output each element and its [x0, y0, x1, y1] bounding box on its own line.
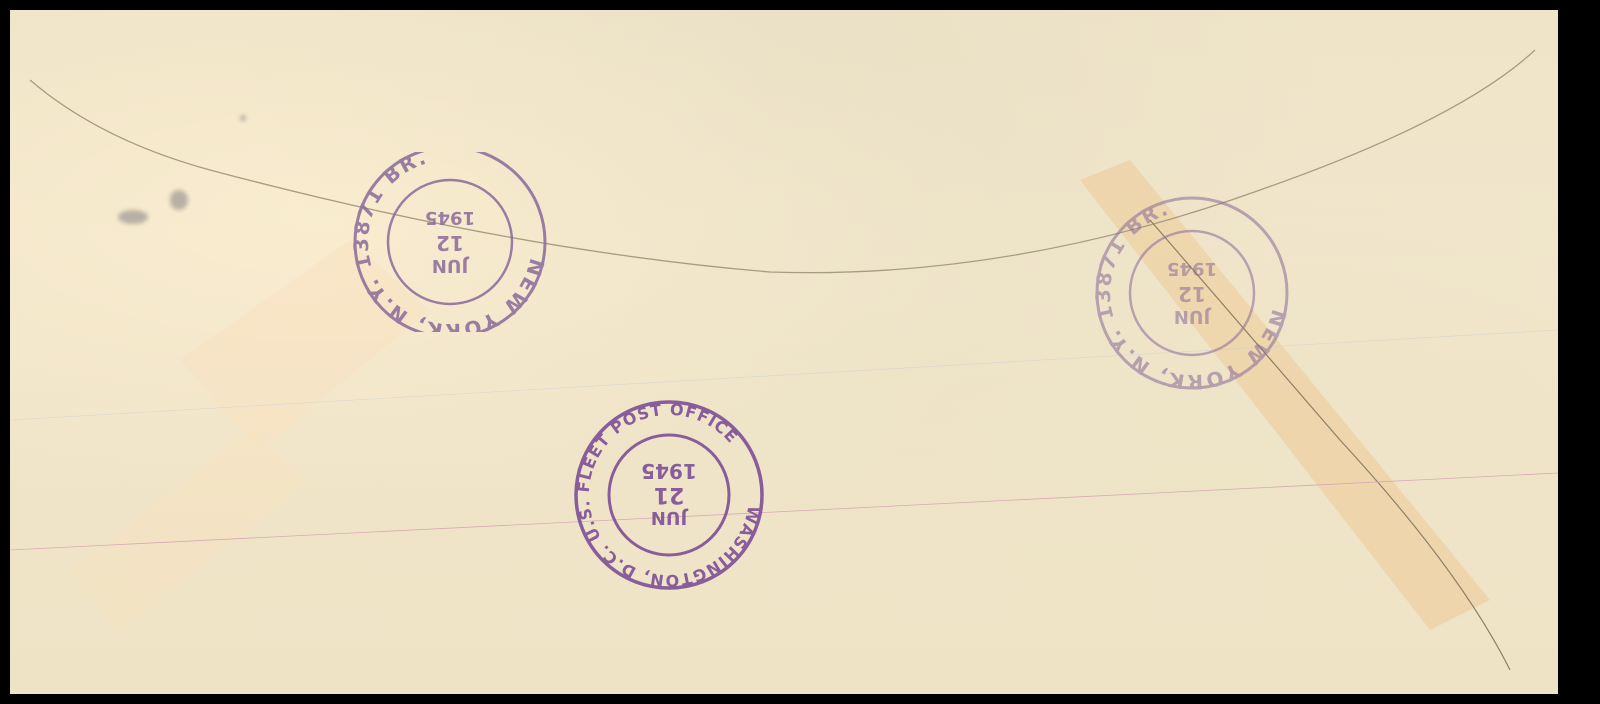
svg-text:1945: 1945 — [1167, 258, 1217, 279]
postmark-new-york-1: NEW YORK, N.Y. 13871 BR. JUN 12 1945 — [340, 152, 560, 332]
svg-text:1945: 1945 — [425, 207, 475, 228]
svg-text:JUN: JUN — [1174, 306, 1212, 327]
postmark-new-york-2: NEW YORK, N.Y. 13871 BR. JUN 12 1945 — [1082, 188, 1302, 398]
envelope-flap-lines — [10, 10, 1558, 694]
svg-text:JUN: JUN — [651, 507, 689, 528]
ink-smudge — [118, 210, 148, 224]
svg-text:21: 21 — [654, 482, 685, 507]
envelope-back: NEW YORK, N.Y. 13871 BR. JUN 12 1945 NEW… — [10, 10, 1558, 694]
svg-text:JUN: JUN — [432, 255, 470, 276]
svg-text:12: 12 — [436, 231, 464, 255]
svg-text:1945: 1945 — [641, 459, 697, 483]
ink-smudge — [170, 190, 188, 210]
ink-smudge — [240, 115, 246, 121]
svg-text:12: 12 — [1178, 282, 1206, 306]
postmark-washington-fleet-post-office: WASHINGTON, D.C. U.S. FLEET POST OFFICE … — [564, 400, 774, 590]
